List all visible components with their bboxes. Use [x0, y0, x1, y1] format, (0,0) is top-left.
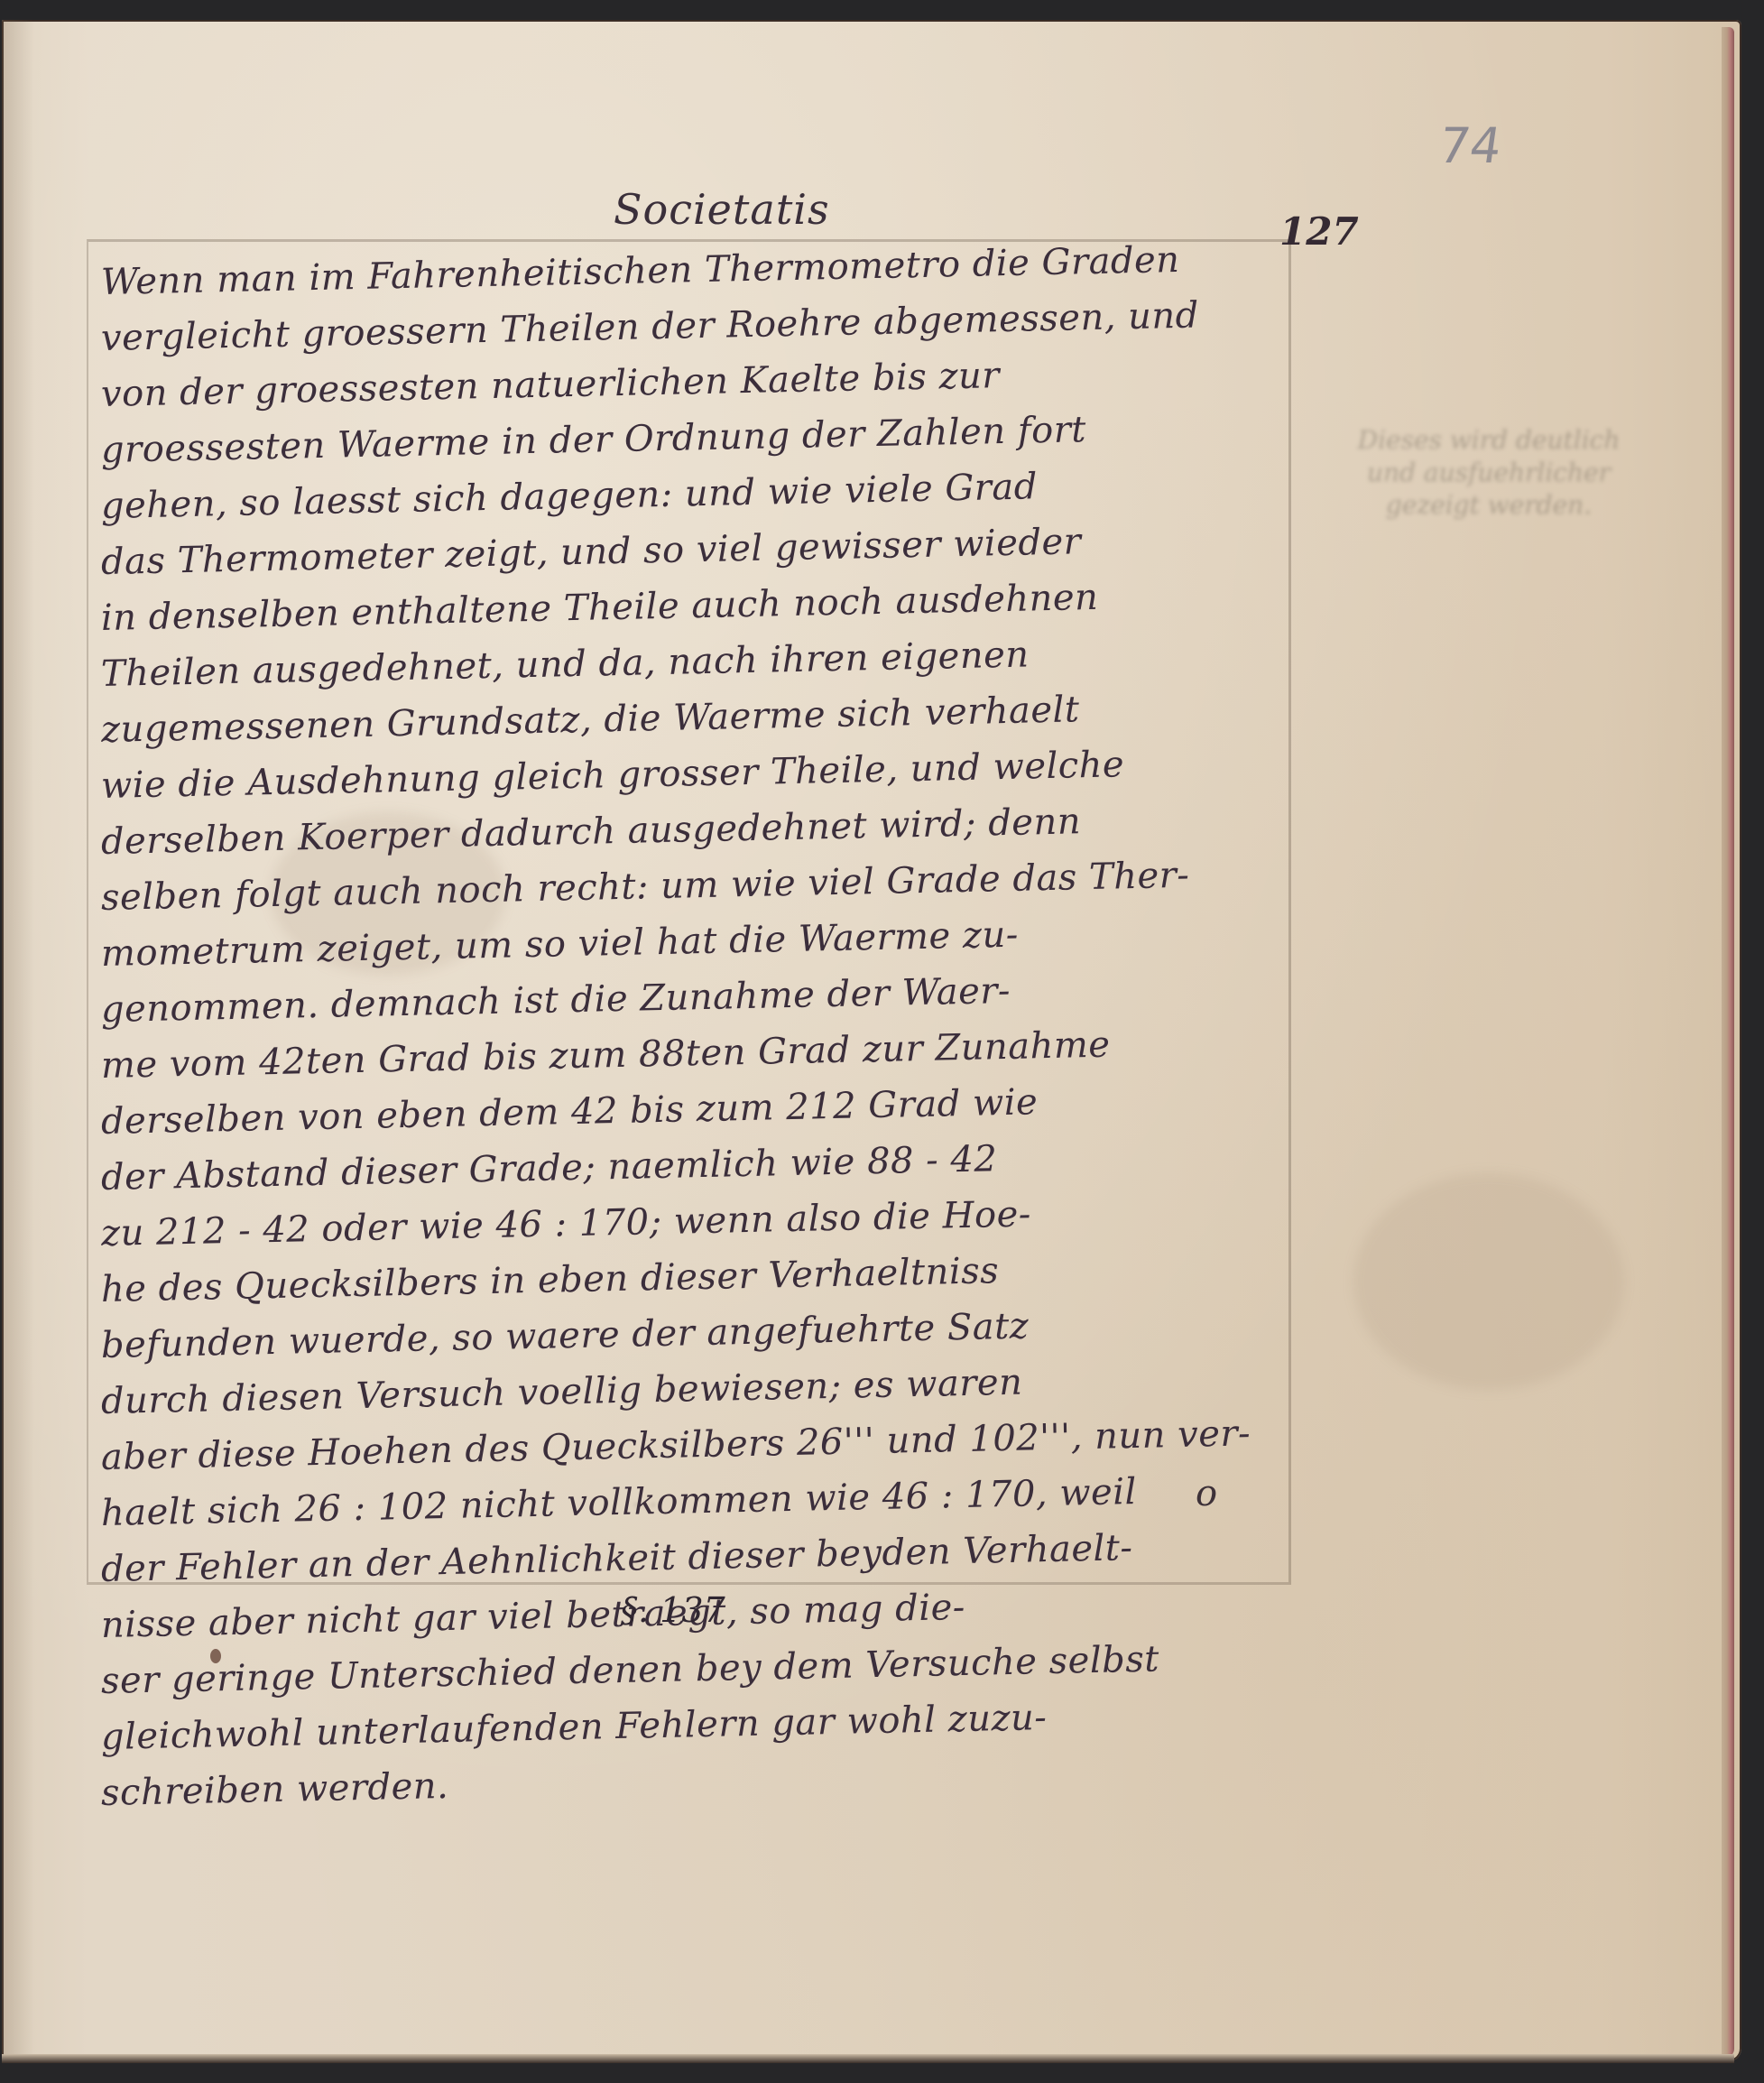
section-catchword: §. 137 — [621, 1590, 725, 1630]
pencil-folio-number: 74 — [1436, 117, 1506, 174]
gutter-shadow — [2, 20, 34, 2061]
page-edge-right — [1722, 27, 1734, 2058]
ink-spot — [210, 1649, 221, 1663]
page-edge-bottom — [2, 2054, 1734, 2063]
end-flourish: o — [1196, 1473, 1217, 1514]
bleed-line: gezeigt werden. — [1326, 489, 1651, 522]
running-title: Societatis — [614, 185, 830, 234]
margin-bleed-through: Dieses wird deutlich und ausfuehrlicher … — [1326, 424, 1651, 542]
bleed-line: und ausfuehrlicher — [1326, 457, 1651, 489]
paper-stain — [1353, 1173, 1624, 1390]
bottom-bleed-through: ... — [632, 1480, 1263, 1552]
bleed-line: Dieses wird deutlich — [1326, 424, 1651, 457]
manuscript-text: Wenn man im Fahrenheitischen Thermometro… — [101, 255, 1292, 1821]
